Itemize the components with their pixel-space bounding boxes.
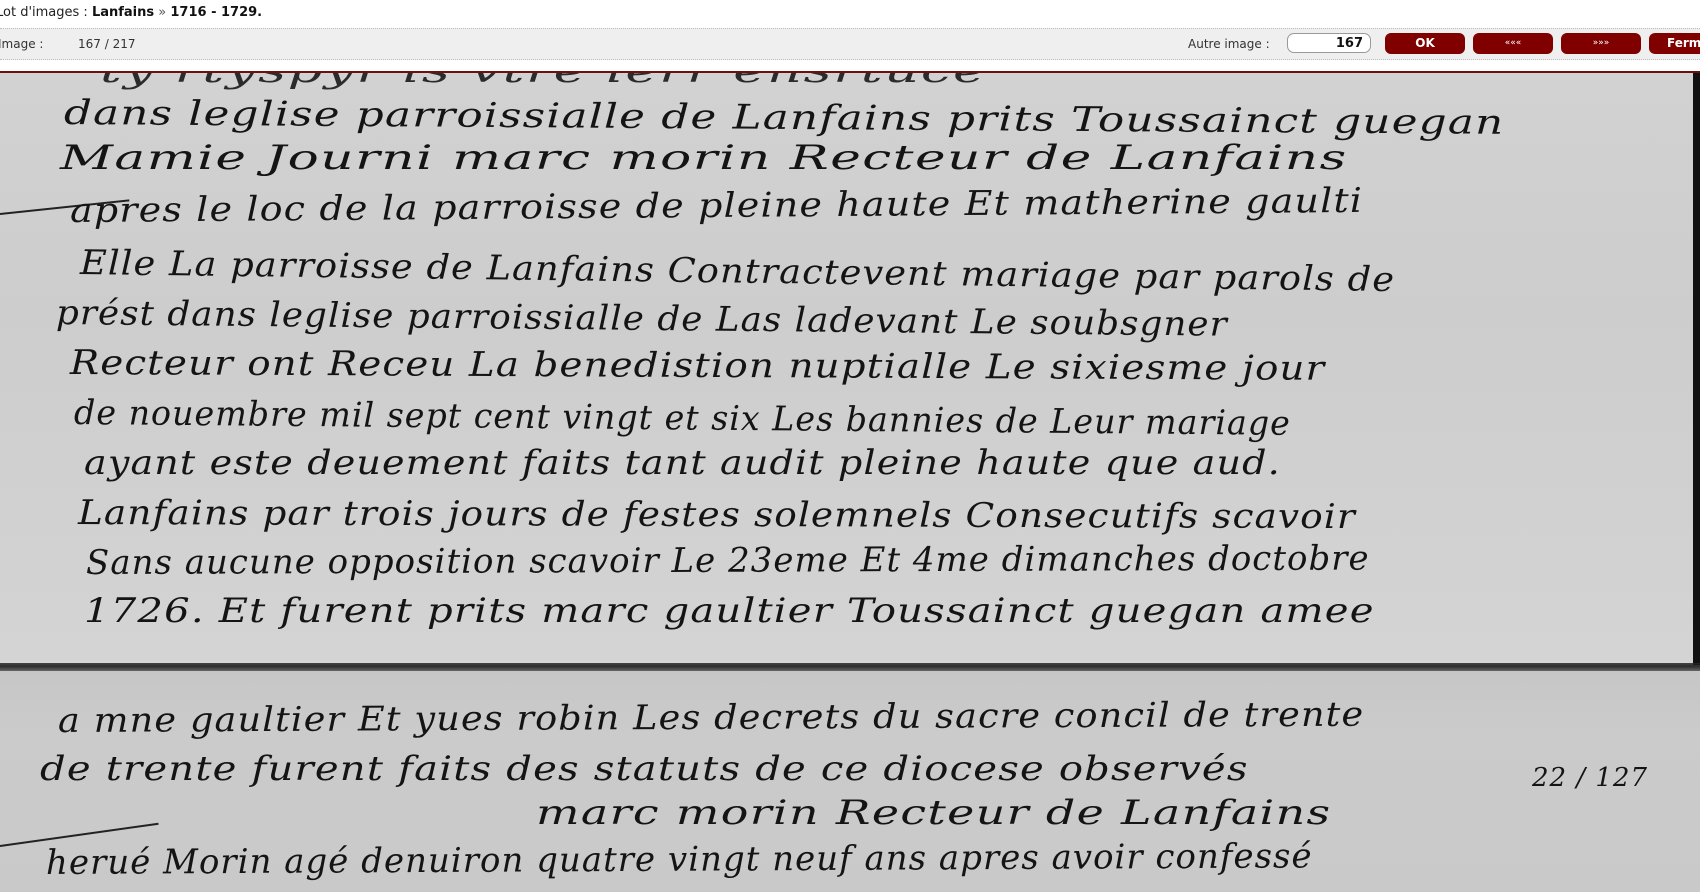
image-navigation-toolbar: Image : 167 / 217 Autre image : OK ««« »… [0, 28, 1700, 60]
breadcrumb: Lot d'images : Lanfains » 1716 - 1729. [0, 0, 1700, 28]
close-button[interactable]: Fermer [1649, 33, 1700, 54]
handwritten-line: Mamie Journi marc morin Recteur de Lanfa… [60, 138, 1348, 178]
previous-image-button[interactable]: ««« [1473, 33, 1553, 54]
breadcrumb-period: 1716 - 1729. [170, 5, 262, 20]
next-image-button[interactable]: »»» [1561, 33, 1641, 54]
page-edge [1693, 73, 1700, 665]
page-seam [0, 663, 1700, 671]
margin-note: 22 / 127 [1532, 763, 1648, 793]
handwritten-signature: marc morin Recteur de Lanfains [536, 793, 1331, 833]
handwritten-line-cut: ty rtyspyr ls vtre lerr ensrtuce [100, 71, 987, 91]
handwritten-line: 1726. Et furent prits marc gaultier Tous… [84, 591, 1375, 631]
breadcrumb-separator: » [154, 5, 170, 20]
breadcrumb-prefix: Lot d'images : [0, 5, 92, 20]
handwritten-line: de trente furent faits des statuts de ce… [40, 749, 1249, 789]
handwritten-line: Recteur ont Receu La benedistion nuptial… [70, 343, 1326, 389]
ok-button[interactable]: OK [1385, 33, 1465, 54]
goto-image-input[interactable] [1287, 33, 1371, 53]
image-label: Image : [0, 37, 43, 51]
breadcrumb-place[interactable]: Lanfains [92, 5, 154, 20]
handwritten-line: Sans aucune opposition scavoir Le 23eme … [86, 539, 1370, 583]
handwritten-line: Lanfains par trois jours de festes solem… [78, 493, 1356, 537]
image-counter: 167 / 217 [78, 37, 135, 51]
other-image-label: Autre image : [1188, 37, 1270, 51]
handwritten-line: herué Morin agé denuiron quatre vingt ne… [46, 836, 1313, 883]
handwritten-line: a mne gaultier Et yues robin Les decrets… [58, 695, 1364, 741]
handwritten-line: ayant este deuement faits tant audit ple… [84, 443, 1281, 483]
document-image-viewer[interactable]: ty rtyspyr ls vtre lerr ensrtuce dans le… [0, 71, 1700, 892]
